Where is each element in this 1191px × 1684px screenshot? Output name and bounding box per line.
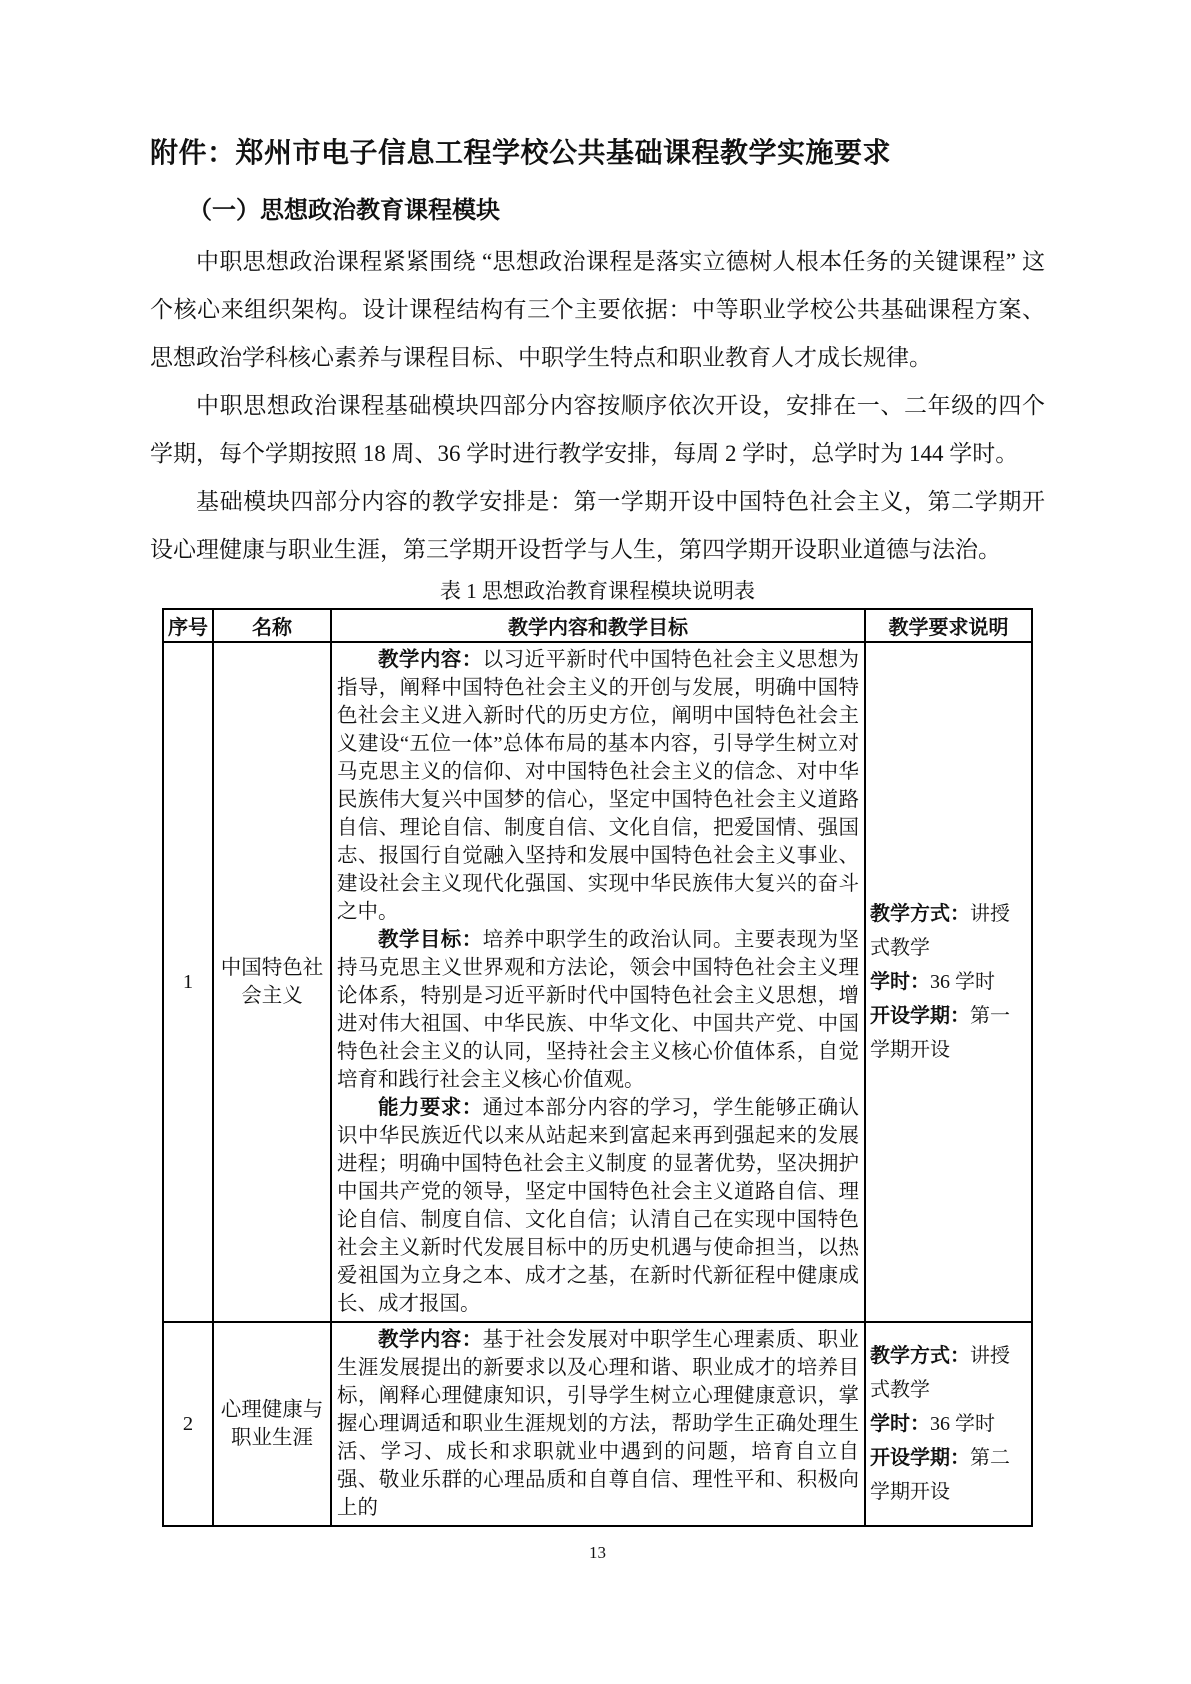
class-hours-text: 36 学时 <box>930 971 995 993</box>
paragraph-1: 中职思想政治课程紧紧围绕 “思想政治课程是落实立德树人根本任务的关键课程” 这个… <box>150 238 1045 382</box>
teaching-content-label: 教学内容： <box>378 648 483 671</box>
row1-index: 1 <box>163 642 213 1322</box>
teaching-content-label: 教学内容： <box>378 1328 483 1351</box>
class-hours-label: 学时： <box>870 1413 930 1435</box>
ability-requirement-text: 通过本部分内容的学习，学生能够正确认识中华民族近代以来从站起来到富起来再到强起来… <box>337 1097 859 1315</box>
row1-class-hours: 学时：36 学时 <box>870 965 1029 999</box>
row1-content-cell: 教学内容：以习近平新时代中国特色社会主义思想为指导，阐释中国特色社会主义的开创与… <box>331 642 865 1322</box>
class-hours-text: 36 学时 <box>930 1413 995 1435</box>
row2-requirements-cell: 教学方式：讲授式教学 学时：36 学时 开设学期：第二学期开设 <box>865 1322 1032 1526</box>
row2-teaching-method: 教学方式：讲授式教学 <box>870 1339 1029 1407</box>
document-page: 附件：郑州市电子信息工程学校公共基础课程教学实施要求 （一）思想政治教育课程模块… <box>0 0 1191 1684</box>
semester-label: 开设学期： <box>870 1447 970 1469</box>
header-content: 教学内容和教学目标 <box>331 609 865 642</box>
teaching-method-label: 教学方式： <box>870 1345 970 1367</box>
semester-label: 开设学期： <box>870 1005 970 1027</box>
row1-teaching-content: 教学内容：以习近平新时代中国特色社会主义思想为指导，阐释中国特色社会主义的开创与… <box>337 646 859 926</box>
table-row: 2 心理健康与职业生涯 教学内容：基于社会发展对中职学生心理素质、职业生涯发展提… <box>163 1322 1032 1526</box>
paragraph-3: 基础模块四部分内容的教学安排是：第一学期开设中国特色社会主义，第二学期开设心理健… <box>150 478 1045 574</box>
page-title: 附件：郑州市电子信息工程学校公共基础课程教学实施要求 <box>150 136 1045 170</box>
row2-class-hours: 学时：36 学时 <box>870 1407 1029 1441</box>
header-requirements: 教学要求说明 <box>865 609 1032 642</box>
teaching-method-label: 教学方式： <box>870 903 970 925</box>
teaching-content-text: 以习近平新时代中国特色社会主义思想为指导，阐释中国特色社会主义的开创与发展，明确… <box>337 649 859 923</box>
section-heading: （一）思想政治教育课程模块 <box>150 196 1045 226</box>
course-module-table: 序号 名称 教学内容和教学目标 教学要求说明 1 中国特色社会主义 教学内容：以… <box>162 608 1033 1527</box>
header-index: 序号 <box>163 609 213 642</box>
row1-requirements-cell: 教学方式：讲授式教学 学时：36 学时 开设学期：第一学期开设 <box>865 642 1032 1322</box>
row1-teaching-goal: 教学目标：培养中职学生的政治认同。主要表现为坚持马克思主义世界观和方法论，领会中… <box>337 926 859 1094</box>
table-row: 1 中国特色社会主义 教学内容：以习近平新时代中国特色社会主义思想为指导，阐释中… <box>163 642 1032 1322</box>
row1-teaching-method: 教学方式：讲授式教学 <box>870 897 1029 965</box>
teaching-goal-text: 培养中职学生的政治认同。主要表现为坚持马克思主义世界观和方法论，领会中国特色社会… <box>337 929 859 1091</box>
row1-semester: 开设学期：第一学期开设 <box>870 999 1029 1067</box>
page-number: 13 <box>150 1543 1045 1563</box>
teaching-content-text: 基于社会发展对中职学生心理素质、职业生涯发展提出的新要求以及心理和谐、职业成才的… <box>337 1329 859 1519</box>
teaching-goal-label: 教学目标： <box>378 928 483 951</box>
row2-index: 2 <box>163 1322 213 1526</box>
row2-course-name: 心理健康与职业生涯 <box>213 1322 331 1526</box>
row2-teaching-content: 教学内容：基于社会发展对中职学生心理素质、职业生涯发展提出的新要求以及心理和谐、… <box>337 1326 859 1522</box>
table-caption: 表 1 思想政治教育课程模块说明表 <box>150 576 1045 606</box>
row2-semester: 开设学期：第二学期开设 <box>870 1441 1029 1509</box>
paragraph-2: 中职思想政治课程基础模块四部分内容按顺序依次开设，安排在一、二年级的四个学期，每… <box>150 382 1045 478</box>
ability-requirement-label: 能力要求： <box>378 1096 483 1119</box>
header-name: 名称 <box>213 609 331 642</box>
class-hours-label: 学时： <box>870 971 930 993</box>
row1-ability-requirement: 能力要求：通过本部分内容的学习，学生能够正确认识中华民族近代以来从站起来到富起来… <box>337 1094 859 1318</box>
row2-content-cell: 教学内容：基于社会发展对中职学生心理素质、职业生涯发展提出的新要求以及心理和谐、… <box>331 1322 865 1526</box>
table-header-row: 序号 名称 教学内容和教学目标 教学要求说明 <box>163 609 1032 642</box>
row1-course-name: 中国特色社会主义 <box>213 642 331 1322</box>
